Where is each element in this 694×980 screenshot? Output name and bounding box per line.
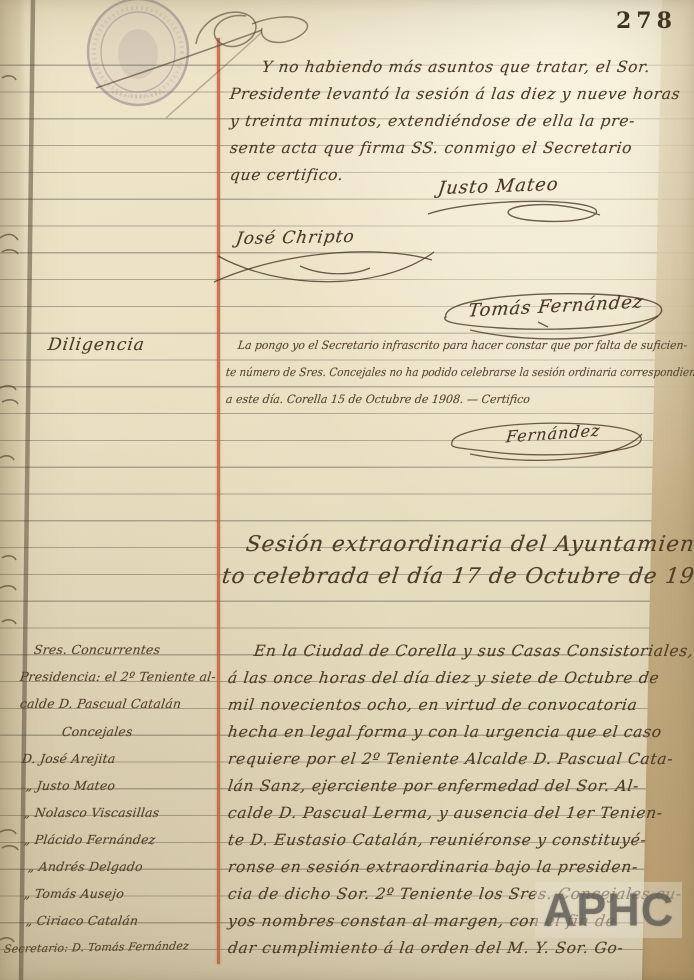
page-number: 278 [616, 8, 677, 34]
signature-flourish-mateo [428, 201, 600, 221]
session-body-line: mil novecientos ocho, en virtud de convo… [227, 696, 639, 714]
attendee-line: „ Ciriaco Catalán [25, 913, 139, 928]
closing-paragraph-line: Y no habiendo más asuntos que tratar, el… [261, 58, 652, 76]
session-body-line: calde D. Pascual Lerma, y ausencia del 1… [227, 804, 664, 822]
session-body-line: dar cumplimiento á la orden del M. Y. So… [227, 939, 625, 957]
closing-paragraph-line: y treinta minutos, extendiéndose de ella… [229, 112, 636, 130]
attendee-line: Concejales [61, 724, 134, 739]
closing-paragraph-line: que certifico. [229, 166, 345, 184]
red-margin-line [217, 38, 220, 964]
session-body-line: En la Ciudad de Corella y sus Casas Cons… [253, 642, 694, 660]
session-heading-line: Sesión extraordinaria del Ayuntamien- [244, 532, 694, 557]
signature-diligencia-fernandez: Fernández [505, 421, 601, 447]
attendee-line: D. José Arejita [21, 751, 116, 766]
session-body-line: te D. Eustasio Catalán, reuniéronse y co… [227, 831, 648, 849]
attendee-line: „ Tomás Ausejo [23, 886, 125, 901]
signature-jose-chripto: José Chripto [235, 227, 357, 249]
attendee-line: Presidencia: el 2º Teniente al- [19, 669, 217, 684]
session-body-line: á las once horas del día diez y siete de… [227, 669, 661, 687]
diligencia-line: La pongo yo el Secretario infrascrito pa… [237, 338, 688, 352]
session-body-line: requiere por el 2º Teniente Alcalde D. P… [227, 750, 675, 768]
closing-paragraph-line: Presidente levantó la sesión á las diez … [229, 85, 682, 103]
session-body-line: hecha en legal forma y con la urgencia q… [227, 723, 663, 741]
session-heading-line: to celebrada el día 17 de Octubre de 190… [220, 564, 694, 589]
signature-justo-mateo: Justo Mateo [437, 174, 560, 199]
attendee-line: „ Nolasco Viscasillas [23, 805, 160, 820]
manuscript-page: 278 Y no habiendo más asuntos que tratar… [0, 0, 694, 980]
diligencia-line: te número de Sres. Concejales no ha podi… [225, 365, 694, 379]
attendee-line: Secretario: D. Tomás Fernández [3, 939, 189, 955]
attendee-line: calde D. Pascual Catalán [19, 696, 182, 711]
attendee-line: „ Andrés Delgado [27, 859, 144, 874]
signature-flourish-chripto [214, 252, 434, 282]
attendee-line: „ Plácido Fernández [23, 832, 156, 847]
aphc-watermark: APHC [535, 882, 682, 938]
session-body-line: lán Sanz, ejerciente por enfermedad del … [227, 777, 640, 795]
diligencia-margin-label: Diligencia [47, 335, 146, 355]
left-gutter [0, 0, 26, 980]
diligencia-line: a este día. Corella 15 de Octubre de 190… [225, 392, 531, 406]
signature-tomas-fernandez: Tomás Fernández [467, 291, 645, 321]
attendee-line: „ Justo Mateo [25, 778, 116, 793]
session-body-line: ronse en sesión extraordinaria bajo la p… [227, 858, 639, 876]
attendee-line: Sres. Concurrentes [33, 642, 161, 657]
oval-ink-stamp [88, 0, 188, 105]
closing-paragraph-line: sente acta que firma SS. conmigo el Secr… [229, 139, 634, 157]
